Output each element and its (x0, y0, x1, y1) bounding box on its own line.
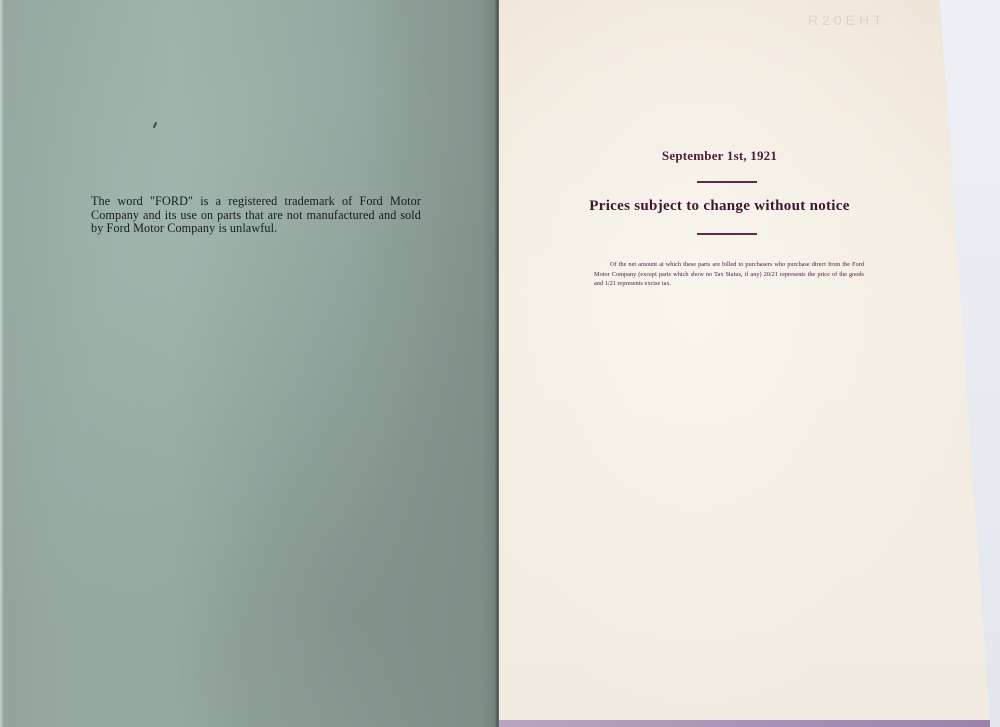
pencil-annotation: R20EHT (808, 12, 886, 28)
page-bottom-edge (499, 720, 990, 727)
page-headline: Prices subject to change without notice (499, 198, 940, 215)
right-page-title-page (499, 0, 990, 722)
excise-tax-note: Of the net amount at which these parts a… (594, 260, 864, 288)
left-page-inside-cover: The word "FORD" is a registered trademar… (0, 0, 499, 727)
document-date: September 1st, 1921 (499, 148, 940, 164)
divider-rule (697, 233, 757, 235)
trademark-notice: The word "FORD" is a registered trademar… (91, 195, 421, 236)
pen-mark (153, 122, 157, 128)
divider-rule (697, 181, 757, 183)
